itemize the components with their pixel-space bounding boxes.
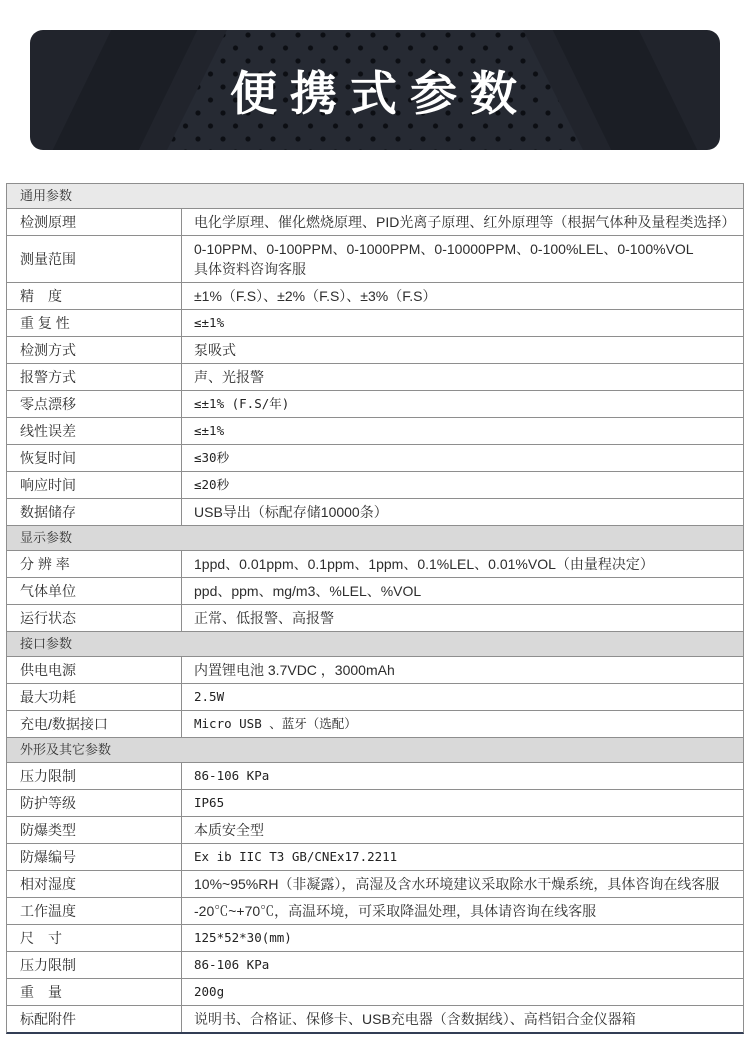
page: 便携式参数 通用参数检测原理电化学原理、催化燃烧原理、PID光离子原理、红外原理… [0, 0, 750, 1055]
spec-row: 线性误差≤±1% [7, 418, 743, 445]
spec-label: 响应时间 [7, 472, 182, 498]
spec-value: 0-10PPM、0-100PPM、0-1000PPM、0-10000PPM、0-… [182, 236, 743, 282]
spec-label: 数据储存 [7, 499, 182, 525]
spec-value: 正常、低报警、高报警 [182, 605, 743, 631]
spec-value: USB导出（标配存储10000条） [182, 499, 743, 525]
spec-label: 报警方式 [7, 364, 182, 390]
spec-row: 气体单位ppd、ppm、mg/m3、%LEL、%VOL [7, 578, 743, 605]
spec-row: 分 辨 率1ppd、0.01ppm、0.1ppm、1ppm、0.1%LEL、0.… [7, 551, 743, 578]
page-title: 便携式参数 [220, 57, 530, 124]
spec-value-line: 0-10PPM、0-100PPM、0-1000PPM、0-10000PPM、0-… [194, 239, 735, 259]
spec-value: 86-106 KPa [182, 952, 743, 978]
spec-label: 供电电源 [7, 657, 182, 683]
spec-row: 标配附件说明书、合格证、保修卡、USB充电器（含数据线）、高档铝合金仪器箱 [7, 1006, 743, 1032]
spec-label: 检测方式 [7, 337, 182, 363]
spec-value: 2.5W [182, 684, 743, 710]
spec-row: 精 度±1%（F.S）、±2%（F.S）、±3%（F.S） [7, 283, 743, 310]
spec-label: 尺 寸 [7, 925, 182, 951]
spec-value: ≤±1% [182, 310, 743, 336]
spec-row: 防爆类型本质安全型 [7, 817, 743, 844]
spec-row: 尺 寸125*52*30(mm) [7, 925, 743, 952]
spec-value: Ex ib IIC T3 GB/CNEx17.2211 [182, 844, 743, 870]
header-banner: 便携式参数 [30, 30, 720, 150]
spec-row: 最大功耗2.5W [7, 684, 743, 711]
spec-label: 零点漂移 [7, 391, 182, 417]
spec-table: 通用参数检测原理电化学原理、催化燃烧原理、PID光离子原理、红外原理等（根据气体… [6, 183, 744, 1034]
spec-value: 10%~95%RH（非凝露），高湿及含水环境建议采取除水干燥系统，具体咨询在线客… [182, 871, 743, 897]
spec-row: 零点漂移≤±1% (F.S/年) [7, 391, 743, 418]
spec-label: 相对湿度 [7, 871, 182, 897]
spec-row: 相对湿度10%~95%RH（非凝露），高湿及含水环境建议采取除水干燥系统，具体咨… [7, 871, 743, 898]
spec-label: 恢复时间 [7, 445, 182, 471]
section-header: 通用参数 [7, 184, 743, 209]
spec-label: 压力限制 [7, 763, 182, 789]
spec-label: 防爆编号 [7, 844, 182, 870]
spec-label: 气体单位 [7, 578, 182, 604]
spec-value: 说明书、合格证、保修卡、USB充电器（含数据线）、高档铝合金仪器箱 [182, 1006, 743, 1032]
spec-value: 125*52*30(mm) [182, 925, 743, 951]
spec-label: 压力限制 [7, 952, 182, 978]
spec-label: 线性误差 [7, 418, 182, 444]
spec-label: 精 度 [7, 283, 182, 309]
spec-row: 重 复 性≤±1% [7, 310, 743, 337]
spec-row: 恢复时间≤30秒 [7, 445, 743, 472]
spec-label: 标配附件 [7, 1006, 182, 1032]
spec-label: 检测原理 [7, 209, 182, 235]
spec-value: Micro USB 、蓝牙（选配） [182, 711, 743, 737]
spec-row: 充电/数据接口Micro USB 、蓝牙（选配） [7, 711, 743, 738]
spec-row: 报警方式声、光报警 [7, 364, 743, 391]
spec-row: 检测原理电化学原理、催化燃烧原理、PID光离子原理、红外原理等（根据气体种及量程… [7, 209, 743, 236]
spec-value: 电化学原理、催化燃烧原理、PID光离子原理、红外原理等（根据气体种及量程类选择） [182, 209, 743, 235]
spec-value: ±1%（F.S）、±2%（F.S）、±3%（F.S） [182, 283, 743, 309]
spec-row: 防护等级IP65 [7, 790, 743, 817]
spec-row: 压力限制86-106 KPa [7, 952, 743, 979]
spec-row: 工作温度-20℃~+70℃，高温环境，可采取降温处理，具体请咨询在线客服 [7, 898, 743, 925]
spec-row: 压力限制86-106 KPa [7, 763, 743, 790]
spec-label: 最大功耗 [7, 684, 182, 710]
spec-label: 测量范围 [7, 236, 182, 282]
spec-value: 86-106 KPa [182, 763, 743, 789]
spec-value: 1ppd、0.01ppm、0.1ppm、1ppm、0.1%LEL、0.01%VO… [182, 551, 743, 577]
spec-value: ≤±1% [182, 418, 743, 444]
spec-label: 重 复 性 [7, 310, 182, 336]
spec-value: 声、光报警 [182, 364, 743, 390]
spec-row: 重 量200g [7, 979, 743, 1006]
spec-value: 内置锂电池 3.7VDC ，3000mAh [182, 657, 743, 683]
section-header: 接口参数 [7, 632, 743, 657]
spec-value: IP65 [182, 790, 743, 816]
spec-value-line: 具体资料咨询客服 [194, 259, 735, 279]
spec-row: 测量范围0-10PPM、0-100PPM、0-1000PPM、0-10000PP… [7, 236, 743, 283]
spec-label: 防爆类型 [7, 817, 182, 843]
section-header: 外形及其它参数 [7, 738, 743, 763]
spec-value: 泵吸式 [182, 337, 743, 363]
spec-value: ≤±1% (F.S/年) [182, 391, 743, 417]
spec-row: 防爆编号Ex ib IIC T3 GB/CNEx17.2211 [7, 844, 743, 871]
spec-row: 运行状态正常、低报警、高报警 [7, 605, 743, 632]
spec-label: 防护等级 [7, 790, 182, 816]
spec-label: 分 辨 率 [7, 551, 182, 577]
spec-row: 响应时间≤20秒 [7, 472, 743, 499]
spec-value: -20℃~+70℃，高温环境，可采取降温处理，具体请咨询在线客服 [182, 898, 743, 924]
spec-label: 工作温度 [7, 898, 182, 924]
spec-label: 充电/数据接口 [7, 711, 182, 737]
spec-row: 数据储存USB导出（标配存储10000条） [7, 499, 743, 526]
section-header: 显示参数 [7, 526, 743, 551]
spec-label: 重 量 [7, 979, 182, 1005]
spec-value: ≤20秒 [182, 472, 743, 498]
spec-value: ≤30秒 [182, 445, 743, 471]
spec-value: ppd、ppm、mg/m3、%LEL、%VOL [182, 578, 743, 604]
spec-row: 供电电源内置锂电池 3.7VDC ，3000mAh [7, 657, 743, 684]
spec-row: 检测方式泵吸式 [7, 337, 743, 364]
spec-value: 200g [182, 979, 743, 1005]
spec-value: 本质安全型 [182, 817, 743, 843]
spec-label: 运行状态 [7, 605, 182, 631]
